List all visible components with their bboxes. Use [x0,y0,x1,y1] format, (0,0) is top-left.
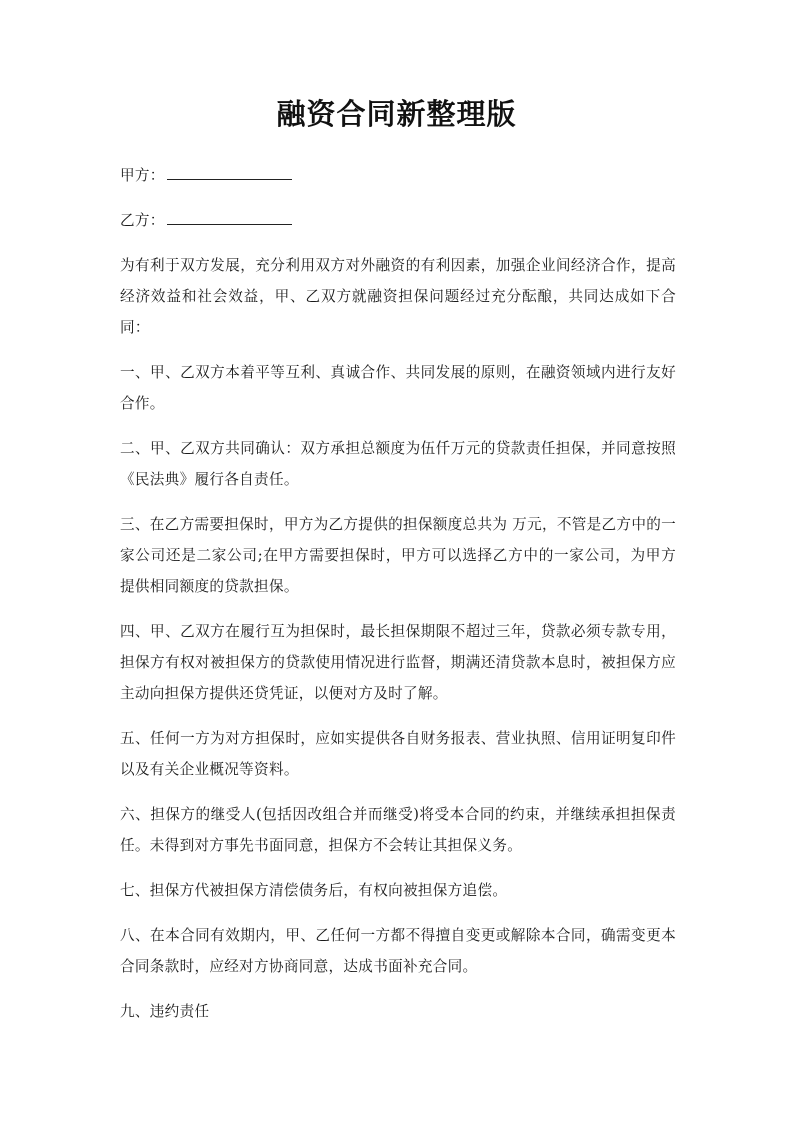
document-body: 甲方： 乙方： 为有利于双方发展，充分利用双方对外融资的有利因素，加强企业间经济… [120,160,676,1041]
clause-9-heading: 九、违约责任 [120,996,676,1027]
clause-7: 七、担保方代被担保方清偿债务后，有权向被担保方追偿。 [120,875,676,906]
clause-2: 二、甲、乙双方共同确认：双方承担总额度为伍仟万元的贷款责任担保，并同意按照《民法… [120,433,676,495]
party-b-blank [167,210,292,225]
clause-8: 八、在本合同有效期内，甲、乙任何一方都不得擅自变更或解除本合同，确需变更本合同条… [120,920,676,982]
clause-3: 三、在乙方需要担保时，甲方为乙方提供的担保额度总共为 万元，不管是乙方中的一家公… [120,509,676,602]
party-b-label: 乙方： [120,212,165,229]
party-a-blank [167,165,292,180]
party-a-line: 甲方： [120,160,676,191]
clause-5: 五、任何一方为对方担保时，应如实提供各自财务报表、营业执照、信用证明复印件以及有… [120,723,676,785]
party-b-line: 乙方： [120,205,676,236]
document-title: 融资合同新整理版 [0,92,793,133]
party-a-label: 甲方： [120,167,165,184]
preamble-paragraph: 为有利于双方发展，充分利用双方对外融资的有利因素，加强企业间经济合作，提高经济效… [120,250,676,343]
clause-6: 六、担保方的继受人(包括因改组合并而继受)将受本合同的约束，并继续承担担保责任。… [120,799,676,861]
clause-1: 一、甲、乙双方本着平等互利、真诚合作、共同发展的原则，在融资领域内进行友好合作。 [120,357,676,419]
document-page: 融资合同新整理版 甲方： 乙方： 为有利于双方发展，充分利用双方对外融资的有利因… [0,0,793,1122]
clause-4: 四、甲、乙双方在履行互为担保时，最长担保期限不超过三年，贷款必须专款专用，担保方… [120,616,676,709]
